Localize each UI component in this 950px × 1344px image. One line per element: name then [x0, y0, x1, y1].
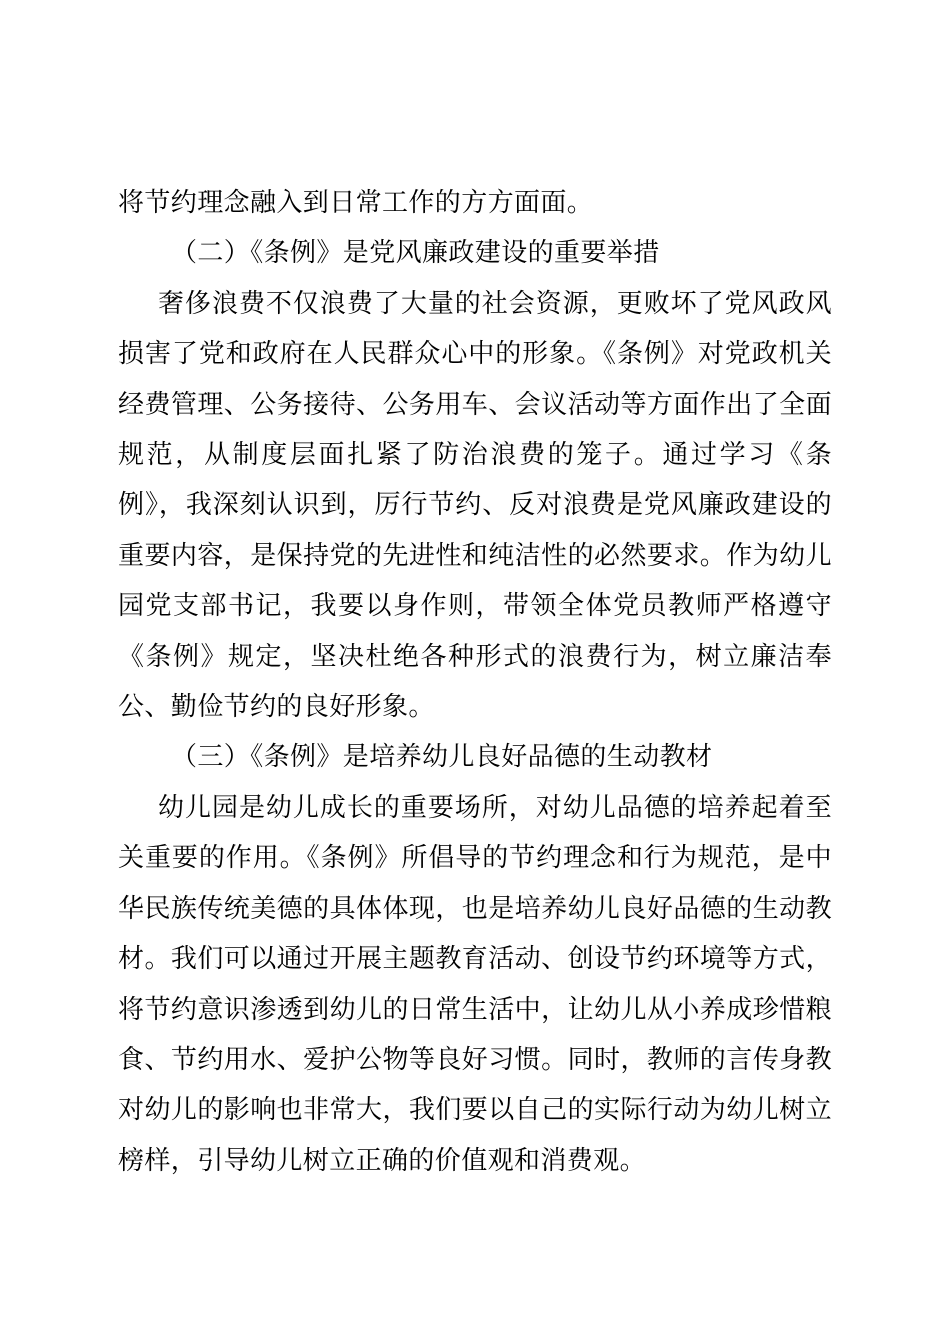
paragraph-body-section-three: 幼儿园是幼儿成长的重要场所，对幼儿品德的培养起着至关重要的作用。《条例》所倡导的… [118, 783, 832, 1186]
section-heading-two: （二）《条例》是党风廉政建设的重要举措 [118, 228, 832, 278]
document-page: 将节约理念融入到日常工作的方方面面。 （二）《条例》是党风廉政建设的重要举措 奢… [0, 0, 950, 1344]
paragraph-continuation: 将节约理念融入到日常工作的方方面面。 [118, 178, 832, 228]
document-text-block: 将节约理念融入到日常工作的方方面面。 （二）《条例》是党风廉政建设的重要举措 奢… [118, 178, 832, 1186]
paragraph-body-section-two: 奢侈浪费不仅浪费了大量的社会资源，更败坏了党风政风损害了党和政府在人民群众心中的… [118, 279, 832, 733]
section-heading-three: （三）《条例》是培养幼儿良好品德的生动教材 [118, 732, 832, 782]
